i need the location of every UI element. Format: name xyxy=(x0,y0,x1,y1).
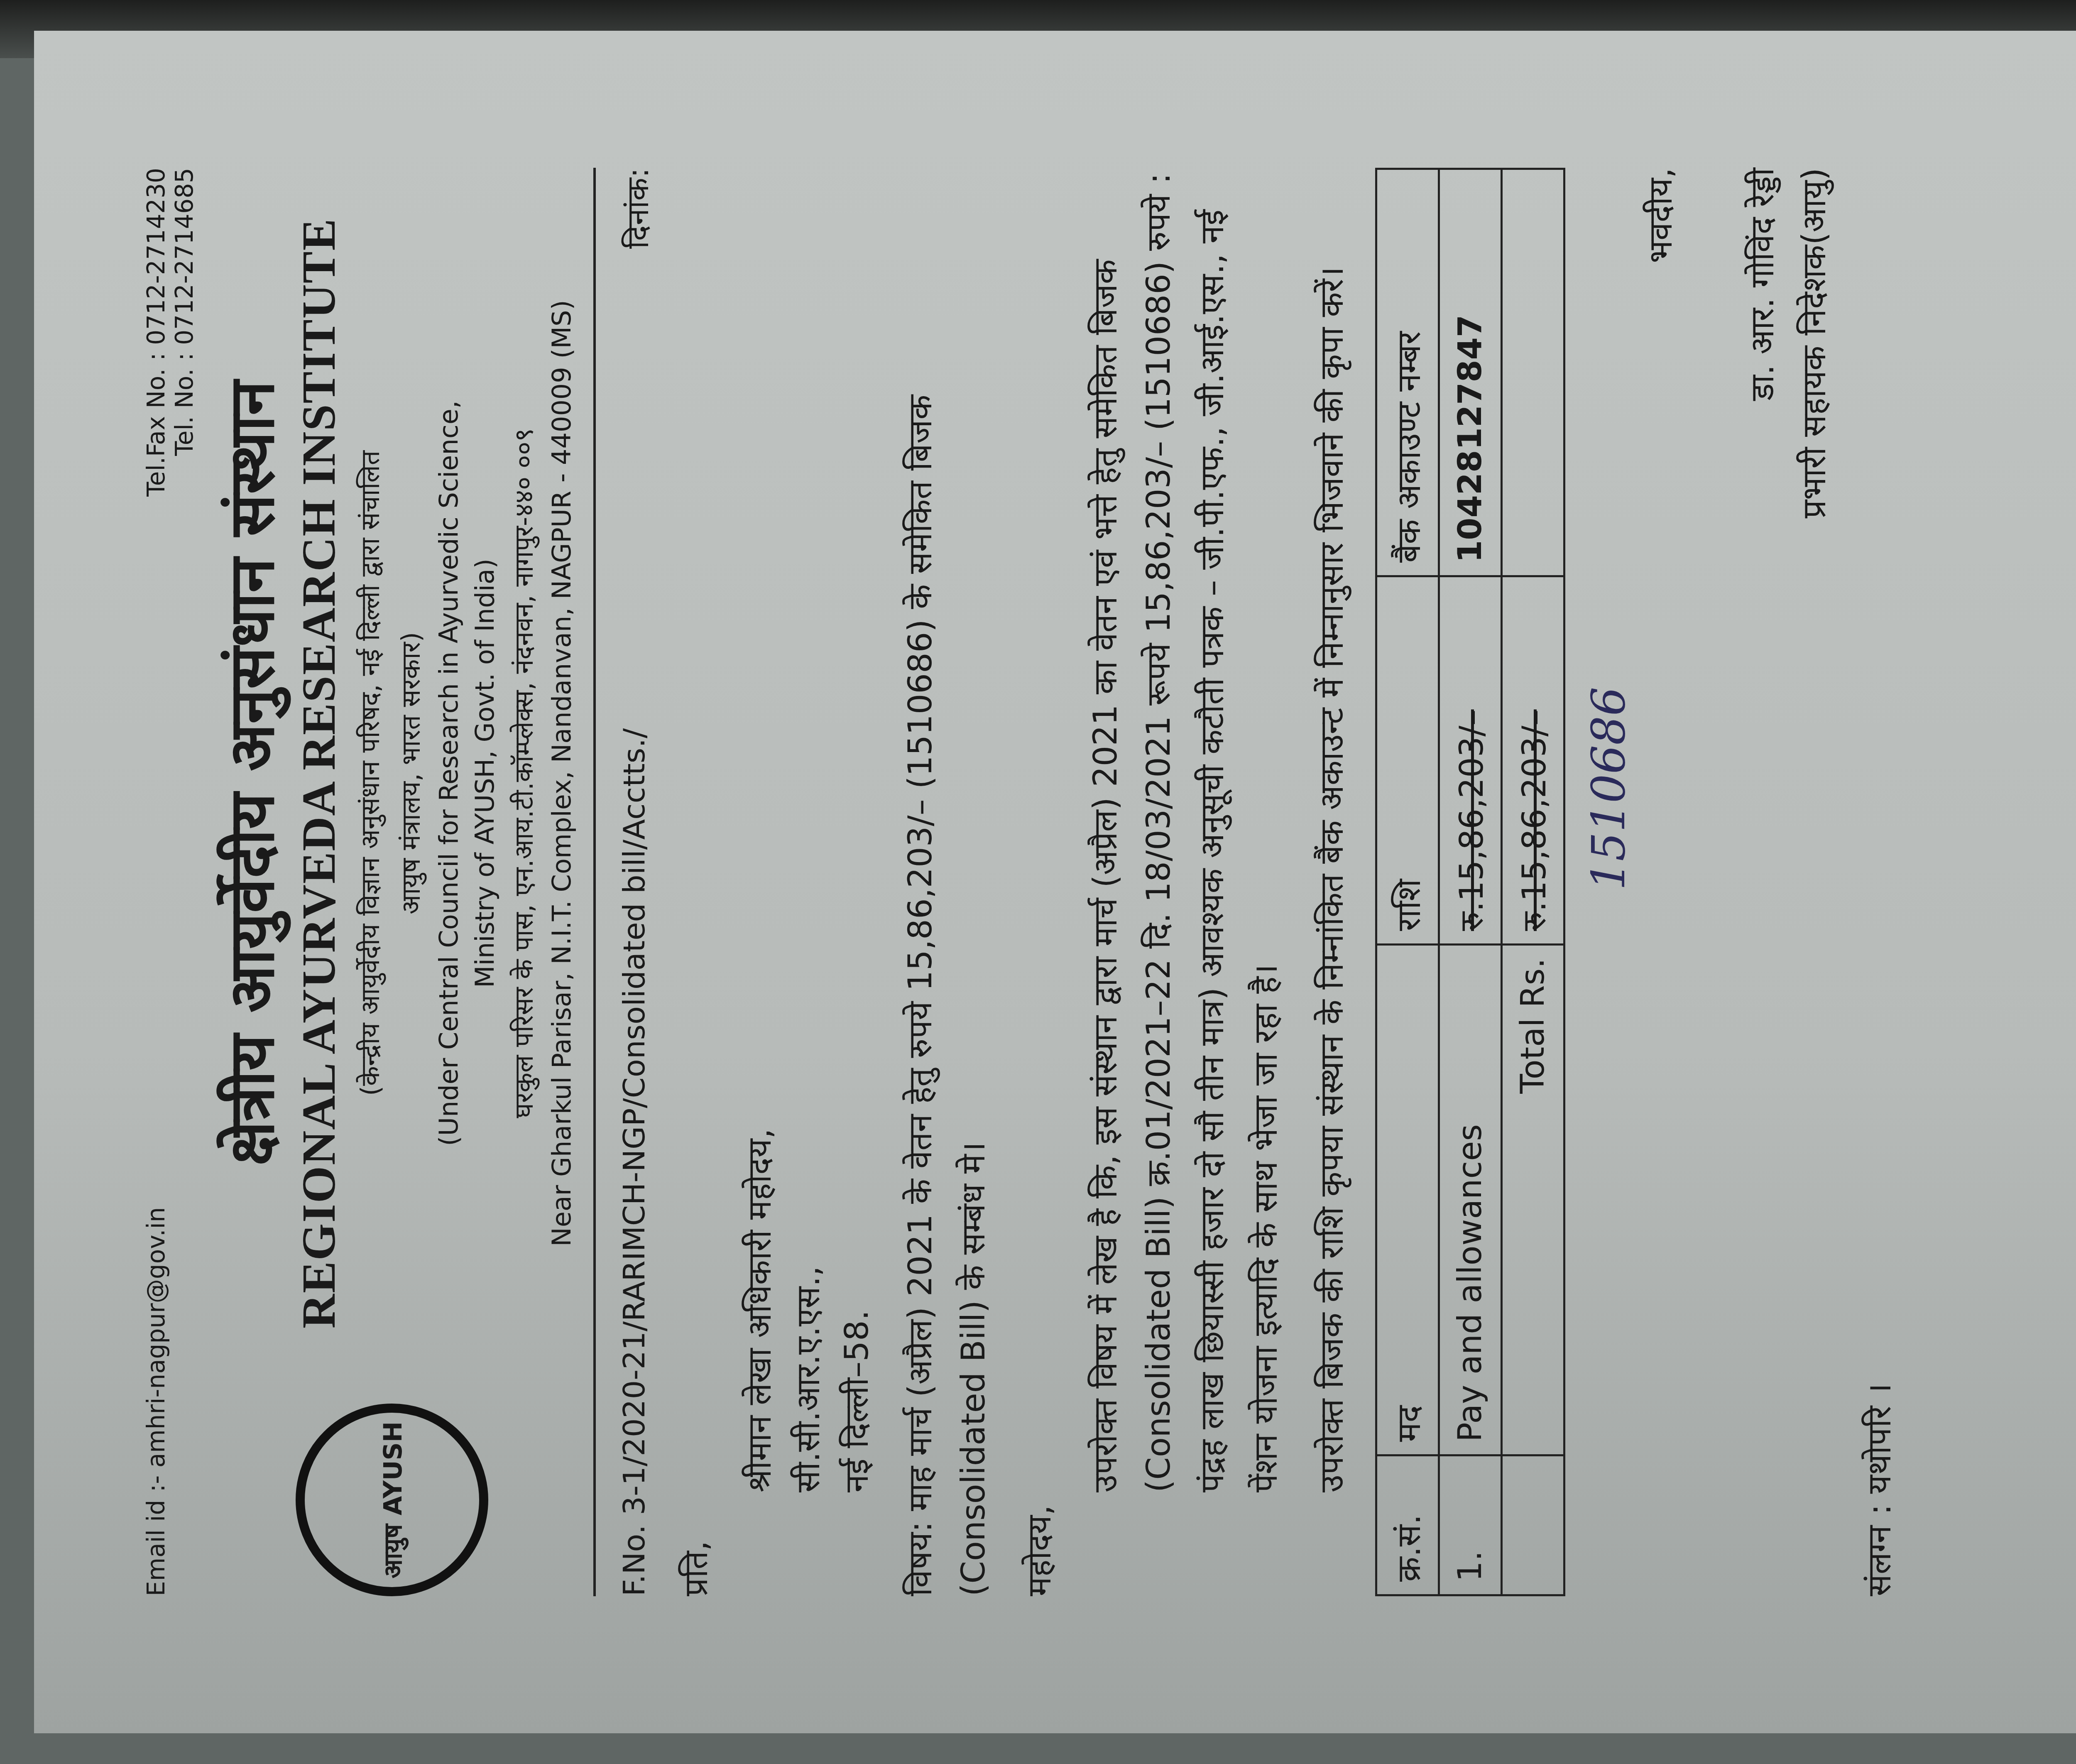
amount-table: क्र.सं. मद राशि बैंक अकाउण्ट नम्बर 1. Pa… xyxy=(1375,168,1565,1596)
title-hindi: क्षेत्रीय आयुर्वेदीय अनुसंधान संस्थान xyxy=(207,168,291,1379)
address-en: Near Gharkul Parisar, N.I.T. Complex, Na… xyxy=(546,168,577,1379)
account-number: 10428127847 xyxy=(1439,169,1502,576)
col-header: मद xyxy=(1376,945,1439,1455)
subline: (केन्द्रीय आयुर्वेदीय विज्ञान अनुसंधान प… xyxy=(352,168,387,1379)
divider xyxy=(593,168,596,1596)
address-hi: घरकुल परिसर के पास, एन.आय.टी.कॉम्प्लेक्स… xyxy=(506,168,541,1379)
subline: आयुष मंत्रालय, भारत सरकार) xyxy=(393,168,428,1379)
col-header: राशि xyxy=(1376,576,1439,944)
to-label: प्रति, xyxy=(670,168,723,1596)
addressee: सी.सी.आर.ए.एस., xyxy=(784,168,833,1492)
contact-row: Email id :- amhri-nagpur@gov.in Tel.Fax … xyxy=(142,168,198,1596)
letterhead: आयुष AYUSH क्षेत्रीय आयुर्वेदीय अनुसंधान… xyxy=(207,168,577,1596)
col-header: बैंक अकाउण्ट नम्बर xyxy=(1376,169,1439,576)
signatory-designation: प्रभारी सहायक निदेशक(आयु) xyxy=(1789,168,1841,1596)
signatory-name: डा. आर. गोविंद रेड्डी xyxy=(1737,168,1789,1596)
title-english: REGIONAL AYURVEDA RESEARCH INSTITUTE xyxy=(291,168,346,1379)
subline: (Under Central Council for Research in A… xyxy=(433,168,464,1379)
total-row: Total Rs. रु.15,86,203/– xyxy=(1502,169,1564,1595)
addressee: श्रीमान लेखा अधिकारी महोदय, xyxy=(736,168,784,1492)
handwritten-total: 1510686 xyxy=(1582,168,1635,1596)
body-paragraph: उपरोक्त बिजक की राशि कृपया संस्थान के नि… xyxy=(1305,168,1359,1596)
file-number: F.No. 3-1/2020-21/RARIMCH-NGP/Consolidat… xyxy=(617,728,657,1596)
tel-fax: Tel.Fax No. : 0712-2714230 xyxy=(142,168,170,497)
subline: Ministry of AYUSH, Govt. of India) xyxy=(470,168,500,1379)
table-row: 1. Pay and allowances रु.15,86,203/– 104… xyxy=(1439,169,1502,1595)
enclosure: संलग्न : यथोपरि । xyxy=(1853,168,1907,1596)
body-paragraph: उपरोक्त विषय में लेख है कि, इस संस्थान द… xyxy=(1079,168,1293,1596)
date-label: दिनांक: xyxy=(617,168,657,249)
subject-text: माह मार्च (अप्रैल) 2021 के वेतन हेतु रुप… xyxy=(902,395,993,1596)
addressee: नई दिल्ली–58. xyxy=(833,168,881,1492)
col-header: क्र.सं. xyxy=(1376,1455,1439,1595)
letter-page: Email id :- amhri-nagpur@gov.in Tel.Fax … xyxy=(34,31,2076,1733)
subject-label: विषय: xyxy=(902,1521,939,1596)
tel: Tel. No. : 0712-2714685 xyxy=(170,168,198,497)
email: Email id :- amhri-nagpur@gov.in xyxy=(142,1207,198,1596)
salutation: महोदय, xyxy=(1013,168,1067,1596)
yours-faithfully: भवदीय, xyxy=(1635,168,1687,1596)
ayush-logo-icon: आयुष AYUSH xyxy=(296,1404,488,1596)
